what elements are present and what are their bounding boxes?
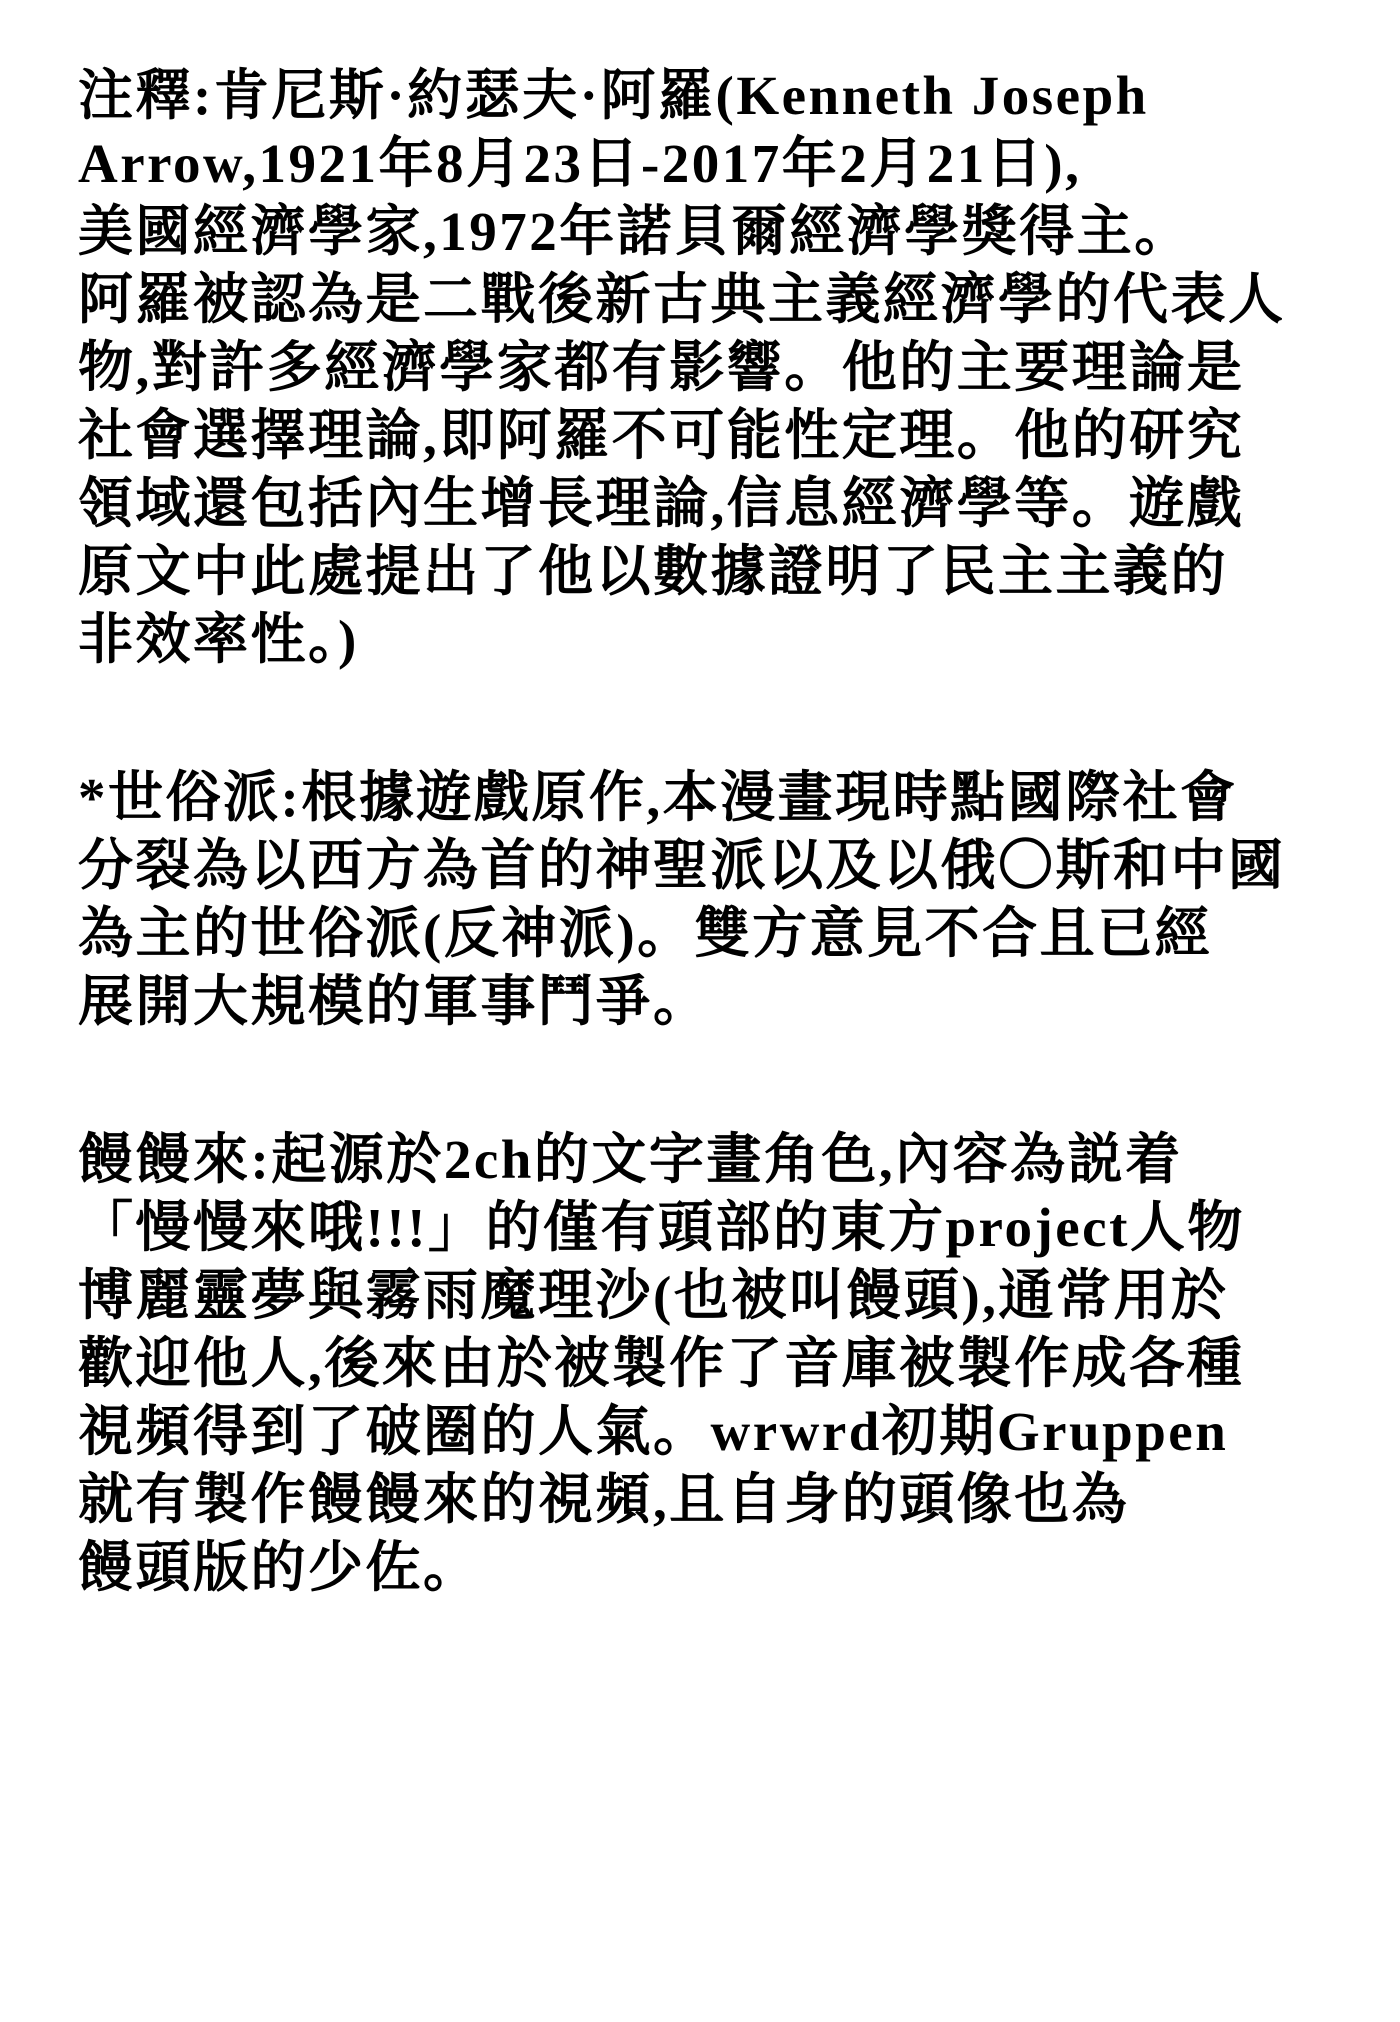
paragraph-arrow-note: 注釋:肯尼斯·約瑟夫·阿羅(Kenneth Joseph Arrow,1921年… <box>78 62 1370 674</box>
text-line: 歡迎他人,後來由於被製作了音庫被製作成各種 <box>78 1330 1370 1398</box>
text-line: 社會選擇理論,即阿羅不可能性定理。他的研究 <box>78 402 1370 470</box>
paragraph-secular-faction-note: *世俗派:根據遊戲原作,本漫畫現時點國際社會 分裂為以西方為首的神聖派以及以俄〇… <box>78 764 1370 1036</box>
text-line: 饅頭版的少佐。 <box>78 1534 1370 1602</box>
text-line: *世俗派:根據遊戲原作,本漫畫現時點國際社會 <box>78 764 1370 832</box>
text-line: 領域還包括內生增長理論,信息經濟學等。遊戲 <box>78 470 1370 538</box>
text-line: Arrow,1921年8月23日-2017年2月21日), <box>78 130 1370 198</box>
text-line: 非效率性。) <box>78 606 1370 674</box>
text-line: 阿羅被認為是二戰後新古典主義經濟學的代表人 <box>78 266 1370 334</box>
text-line: 展開大規模的軍事鬥爭。 <box>78 968 1370 1036</box>
paragraph-manmanlai-note: 饅饅來:起源於2ch的文字畫角色,內容為説着 「慢慢來哦!!!」的僅有頭部的東方… <box>78 1126 1370 1602</box>
text-line: 饅饅來:起源於2ch的文字畫角色,內容為説着 <box>78 1126 1370 1194</box>
text-line: 就有製作饅饅來的視頻,且自身的頭像也為 <box>78 1466 1370 1534</box>
text-line: 視頻得到了破圈的人氣。wrwrd初期Gruppen <box>78 1398 1370 1466</box>
text-line: 物,對許多經濟學家都有影響。他的主要理論是 <box>78 334 1370 402</box>
text-line: 注釋:肯尼斯·約瑟夫·阿羅(Kenneth Joseph <box>78 62 1370 130</box>
text-line: 為主的世俗派(反神派)。雙方意見不合且已經 <box>78 900 1370 968</box>
text-line: 「慢慢來哦!!!」的僅有頭部的東方project人物 <box>78 1194 1370 1262</box>
text-line: 博麗靈夢與霧雨魔理沙(也被叫饅頭),通常用於 <box>78 1262 1370 1330</box>
text-line: 分裂為以西方為首的神聖派以及以俄〇斯和中國 <box>78 832 1370 900</box>
text-line: 美國經濟學家,1972年諾貝爾經濟學獎得主。 <box>78 198 1370 266</box>
document-page: 注釋:肯尼斯·約瑟夫·阿羅(Kenneth Joseph Arrow,1921年… <box>0 0 1400 2022</box>
text-line: 原文中此處提出了他以數據證明了民主主義的 <box>78 538 1370 606</box>
